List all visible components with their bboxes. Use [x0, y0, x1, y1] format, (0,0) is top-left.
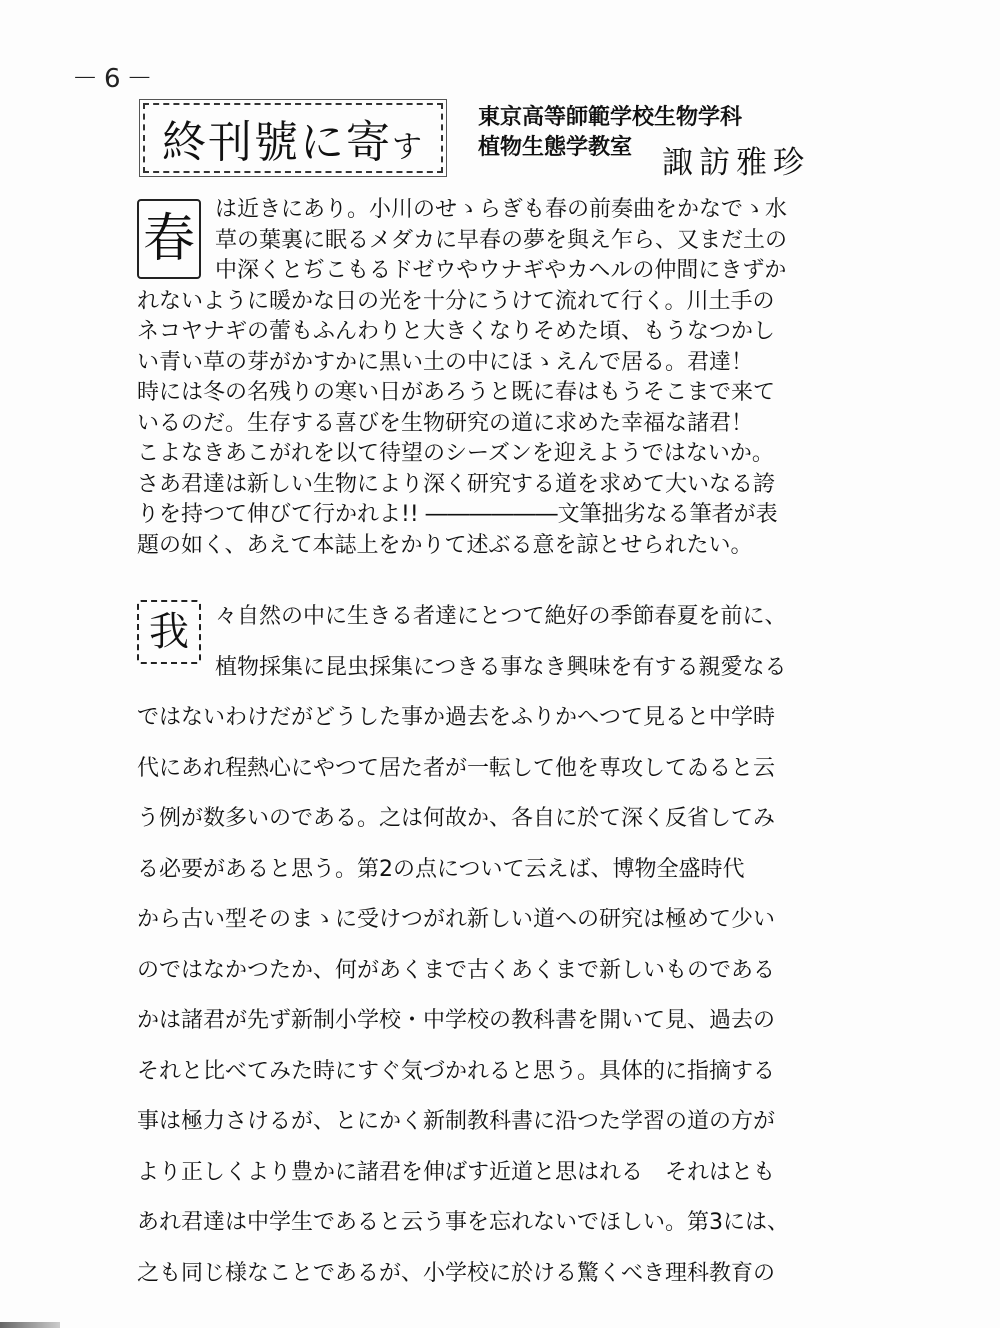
text-line: さあ君達は新しい生物により深く研究する道を求めて大いなる誇: [137, 470, 857, 501]
text-line: い青い草の芽がかすかに黒い土の中にほゝえんで居る。君達！: [137, 348, 857, 379]
text-line: は近きにあり。小川のせゝらぎも春の前奏曲をかなでゝ水: [137, 195, 857, 226]
text-line: 々自然の中に生きる者達にとつて絶好の季節春夏を前に、: [137, 592, 857, 643]
text-line: る必要があると思う。第2の点について云えば、博物全盛時代: [137, 845, 857, 896]
article-title-tail: す: [392, 130, 424, 165]
text-line: から古い型そのまゝに受けつがれ新しい道への研究は極めて少い: [137, 895, 857, 946]
affiliation-line-1: 東京高等師範学校生物学科: [478, 103, 742, 133]
article-title-main: 終刊號に寄: [162, 117, 392, 168]
text-line: それと比べてみた時にすぐ気づかれると思う。具体的に指摘する: [137, 1047, 857, 1098]
text-line: 植物採集に昆虫採集につきる事なき興味を有する親愛なる: [137, 643, 857, 694]
page-number: －6－: [72, 58, 159, 95]
text-line: ではないわけだがどうした事か過去をふりかへつて見ると中学時: [137, 693, 857, 744]
text-line: あれ君達は中学生であると云う事を忘れないでほしい。第3には、: [137, 1198, 857, 1249]
text-line: ネコヤナギの蕾もふんわりと大きくなりそめた頃、もうなつかし: [137, 317, 857, 348]
text-line: より正しくより豊かに諸君を伸ばす近道と思はれる それはとも: [137, 1148, 857, 1199]
paragraph-we: 我 々自然の中に生きる者達にとつて絶好の季節春夏を前に、 植物採集に昆虫採集につ…: [137, 592, 857, 1299]
text-line: 題の如く、あえて本誌上をかりて述ぶる意を諒とせられたい。: [137, 531, 857, 562]
text-line: 事は極力さけるが、とにかく新制教科書に沿つた学習の道の方が: [137, 1097, 857, 1148]
document-page: －6－ 終刊號に寄す 東京高等師範学校生物学科 植物生態学教室 諏訪雅珍 春 は…: [0, 0, 1000, 1328]
author-name: 諏訪雅珍: [662, 137, 810, 182]
drop-cap-we: 我: [137, 600, 201, 664]
scan-edge-shadow: [0, 1322, 60, 1328]
text-line: れないように暖かな日の光を十分にうけて流れて行く。川土手の: [137, 287, 857, 318]
text-line: 代にあれ程熱心にやつて居た者が一転して他を専攻してゐると云: [137, 744, 857, 795]
text-line: う例が数多いのである。之は何故か、各自に於て深く反省してみ: [137, 794, 857, 845]
text-line: 時には冬の名残りの寒い日があろうと既に春はもうそこまで来て: [137, 378, 857, 409]
text-line: 中深くとぢこもるドゼウやウナギやカヘルの仲間にきずか: [137, 256, 857, 287]
text-line: のではなかつたか、何があくまで古くあくまで新しいものである: [137, 946, 857, 997]
article-title: 終刊號に寄す: [162, 106, 424, 170]
text-line: かは諸君が先ず新制小学校・中学校の教科書を開いて見、過去の: [137, 996, 857, 1047]
text-line: 之も同じ様なことであるが、小学校に於ける驚くべき理科教育の: [137, 1249, 857, 1300]
text-line: りを持つて伸びて行かれよ!! ――――――文筆拙劣なる筆者が表: [137, 500, 857, 531]
text-line: いるのだ。生存する喜びを生物研究の道に求めた幸福な諸君！: [137, 409, 857, 440]
article-title-box: 終刊號に寄す: [143, 103, 443, 173]
text-line: こよなきあこがれを以て待望のシーズンを迎えようではないか。: [137, 439, 857, 470]
drop-cap-spring: 春: [137, 199, 201, 279]
paragraph-spring: 春 は近きにあり。小川のせゝらぎも春の前奏曲をかなでゝ水 草の葉裏に眠るメダカに…: [137, 195, 857, 561]
text-line: 草の葉裏に眠るメダカに早春の夢を與え乍ら、又まだ土の: [137, 226, 857, 257]
